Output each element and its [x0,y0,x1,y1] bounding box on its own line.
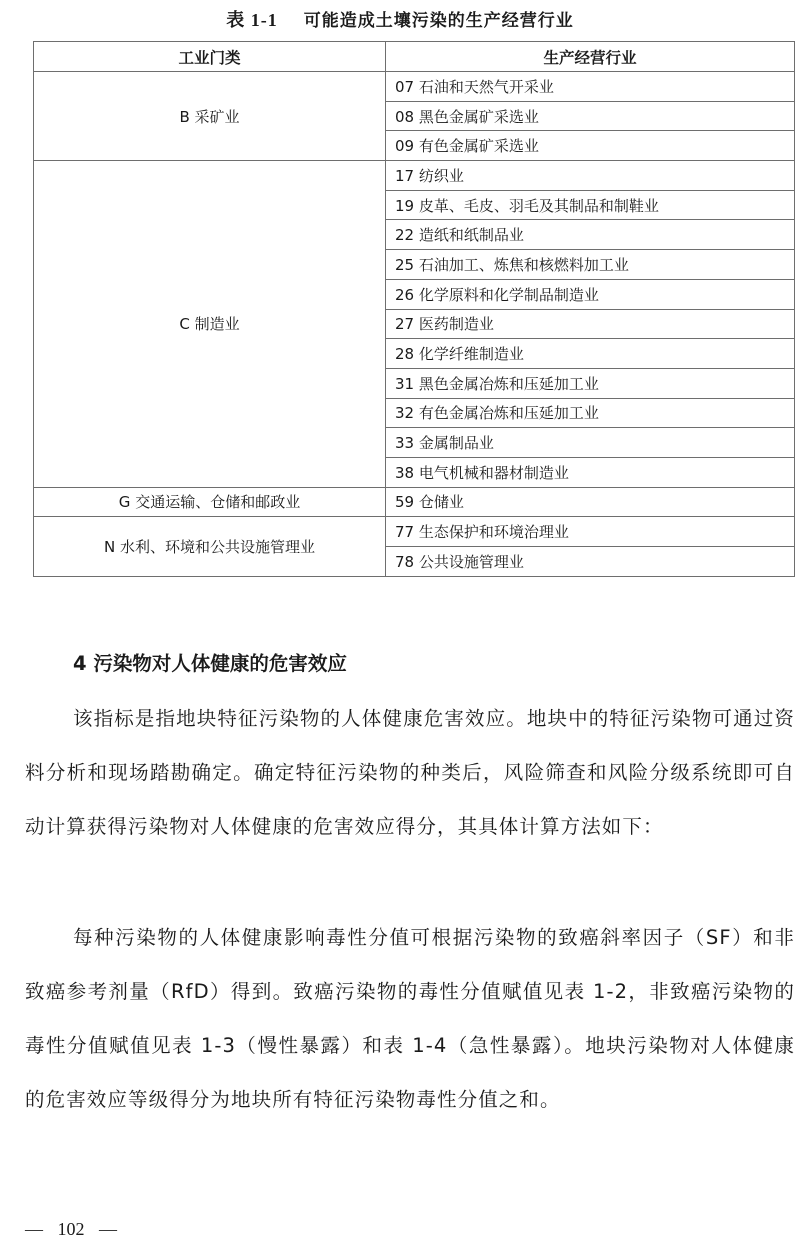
industry-cell: 28 化学纤维制造业 [386,339,795,369]
industry-cell: 07 石油和天然气开采业 [386,72,795,102]
table-row: C 制造业 17 纺织业 [34,161,795,191]
industry-table: 工业门类 生产经营行业 B 采矿业 07 石油和天然气开采业 08 黑色金属矿采… [33,41,795,577]
table-caption-number: 表 1-1 [226,10,278,30]
body-paragraph: 每种污染物的人体健康影响毒性分值可根据污染物的致癌斜率因子（SF）和非致癌参考剂… [25,911,795,1127]
industry-cell: 08 黑色金属矿采选业 [386,101,795,131]
table-caption-title: 可能造成土壤污染的生产经营行业 [304,11,574,31]
header-production-industry: 生产经营行业 [386,42,795,72]
industry-cell: 09 有色金属矿采选业 [386,131,795,161]
industry-cell: 32 有色金属冶炼和压延加工业 [386,398,795,428]
table-caption: 表 1-1可能造成土壤污染的生产经营行业 [0,6,800,32]
industry-cell: 25 石油加工、炼焦和核燃料加工业 [386,250,795,280]
body-paragraph: 该指标是指地块特征污染物的人体健康危害效应。地块中的特征污染物可通过资料分析和现… [25,692,795,854]
category-cell: G 交通运输、仓储和邮政业 [34,487,386,517]
industry-cell: 33 金属制品业 [386,428,795,458]
header-industry-category: 工业门类 [34,42,386,72]
page-number: — 102 — [25,1219,117,1240]
industry-cell: 59 仓储业 [386,487,795,517]
industry-cell: 26 化学原料和化学制品制造业 [386,279,795,309]
industry-cell: 38 电气机械和器材制造业 [386,457,795,487]
category-cell: N 水利、环境和公共设施管理业 [34,517,386,576]
industry-cell: 19 皮革、毛皮、羽毛及其制品和制鞋业 [386,190,795,220]
industry-cell: 27 医药制造业 [386,309,795,339]
table-row: N 水利、环境和公共设施管理业 77 生态保护和环境治理业 [34,517,795,547]
table-header-row: 工业门类 生产经营行业 [34,42,795,72]
industry-cell: 77 生态保护和环境治理业 [386,517,795,547]
industry-cell: 22 造纸和纸制品业 [386,220,795,250]
category-cell: C 制造业 [34,161,386,488]
section-heading: 4 污染物对人体健康的危害效应 [73,648,347,676]
industry-cell: 17 纺织业 [386,161,795,191]
table-row: G 交通运输、仓储和邮政业 59 仓储业 [34,487,795,517]
category-cell: B 采矿业 [34,72,386,161]
industry-cell: 31 黑色金属冶炼和压延加工业 [386,368,795,398]
table-row: B 采矿业 07 石油和天然气开采业 [34,72,795,102]
industry-cell: 78 公共设施管理业 [386,547,795,577]
